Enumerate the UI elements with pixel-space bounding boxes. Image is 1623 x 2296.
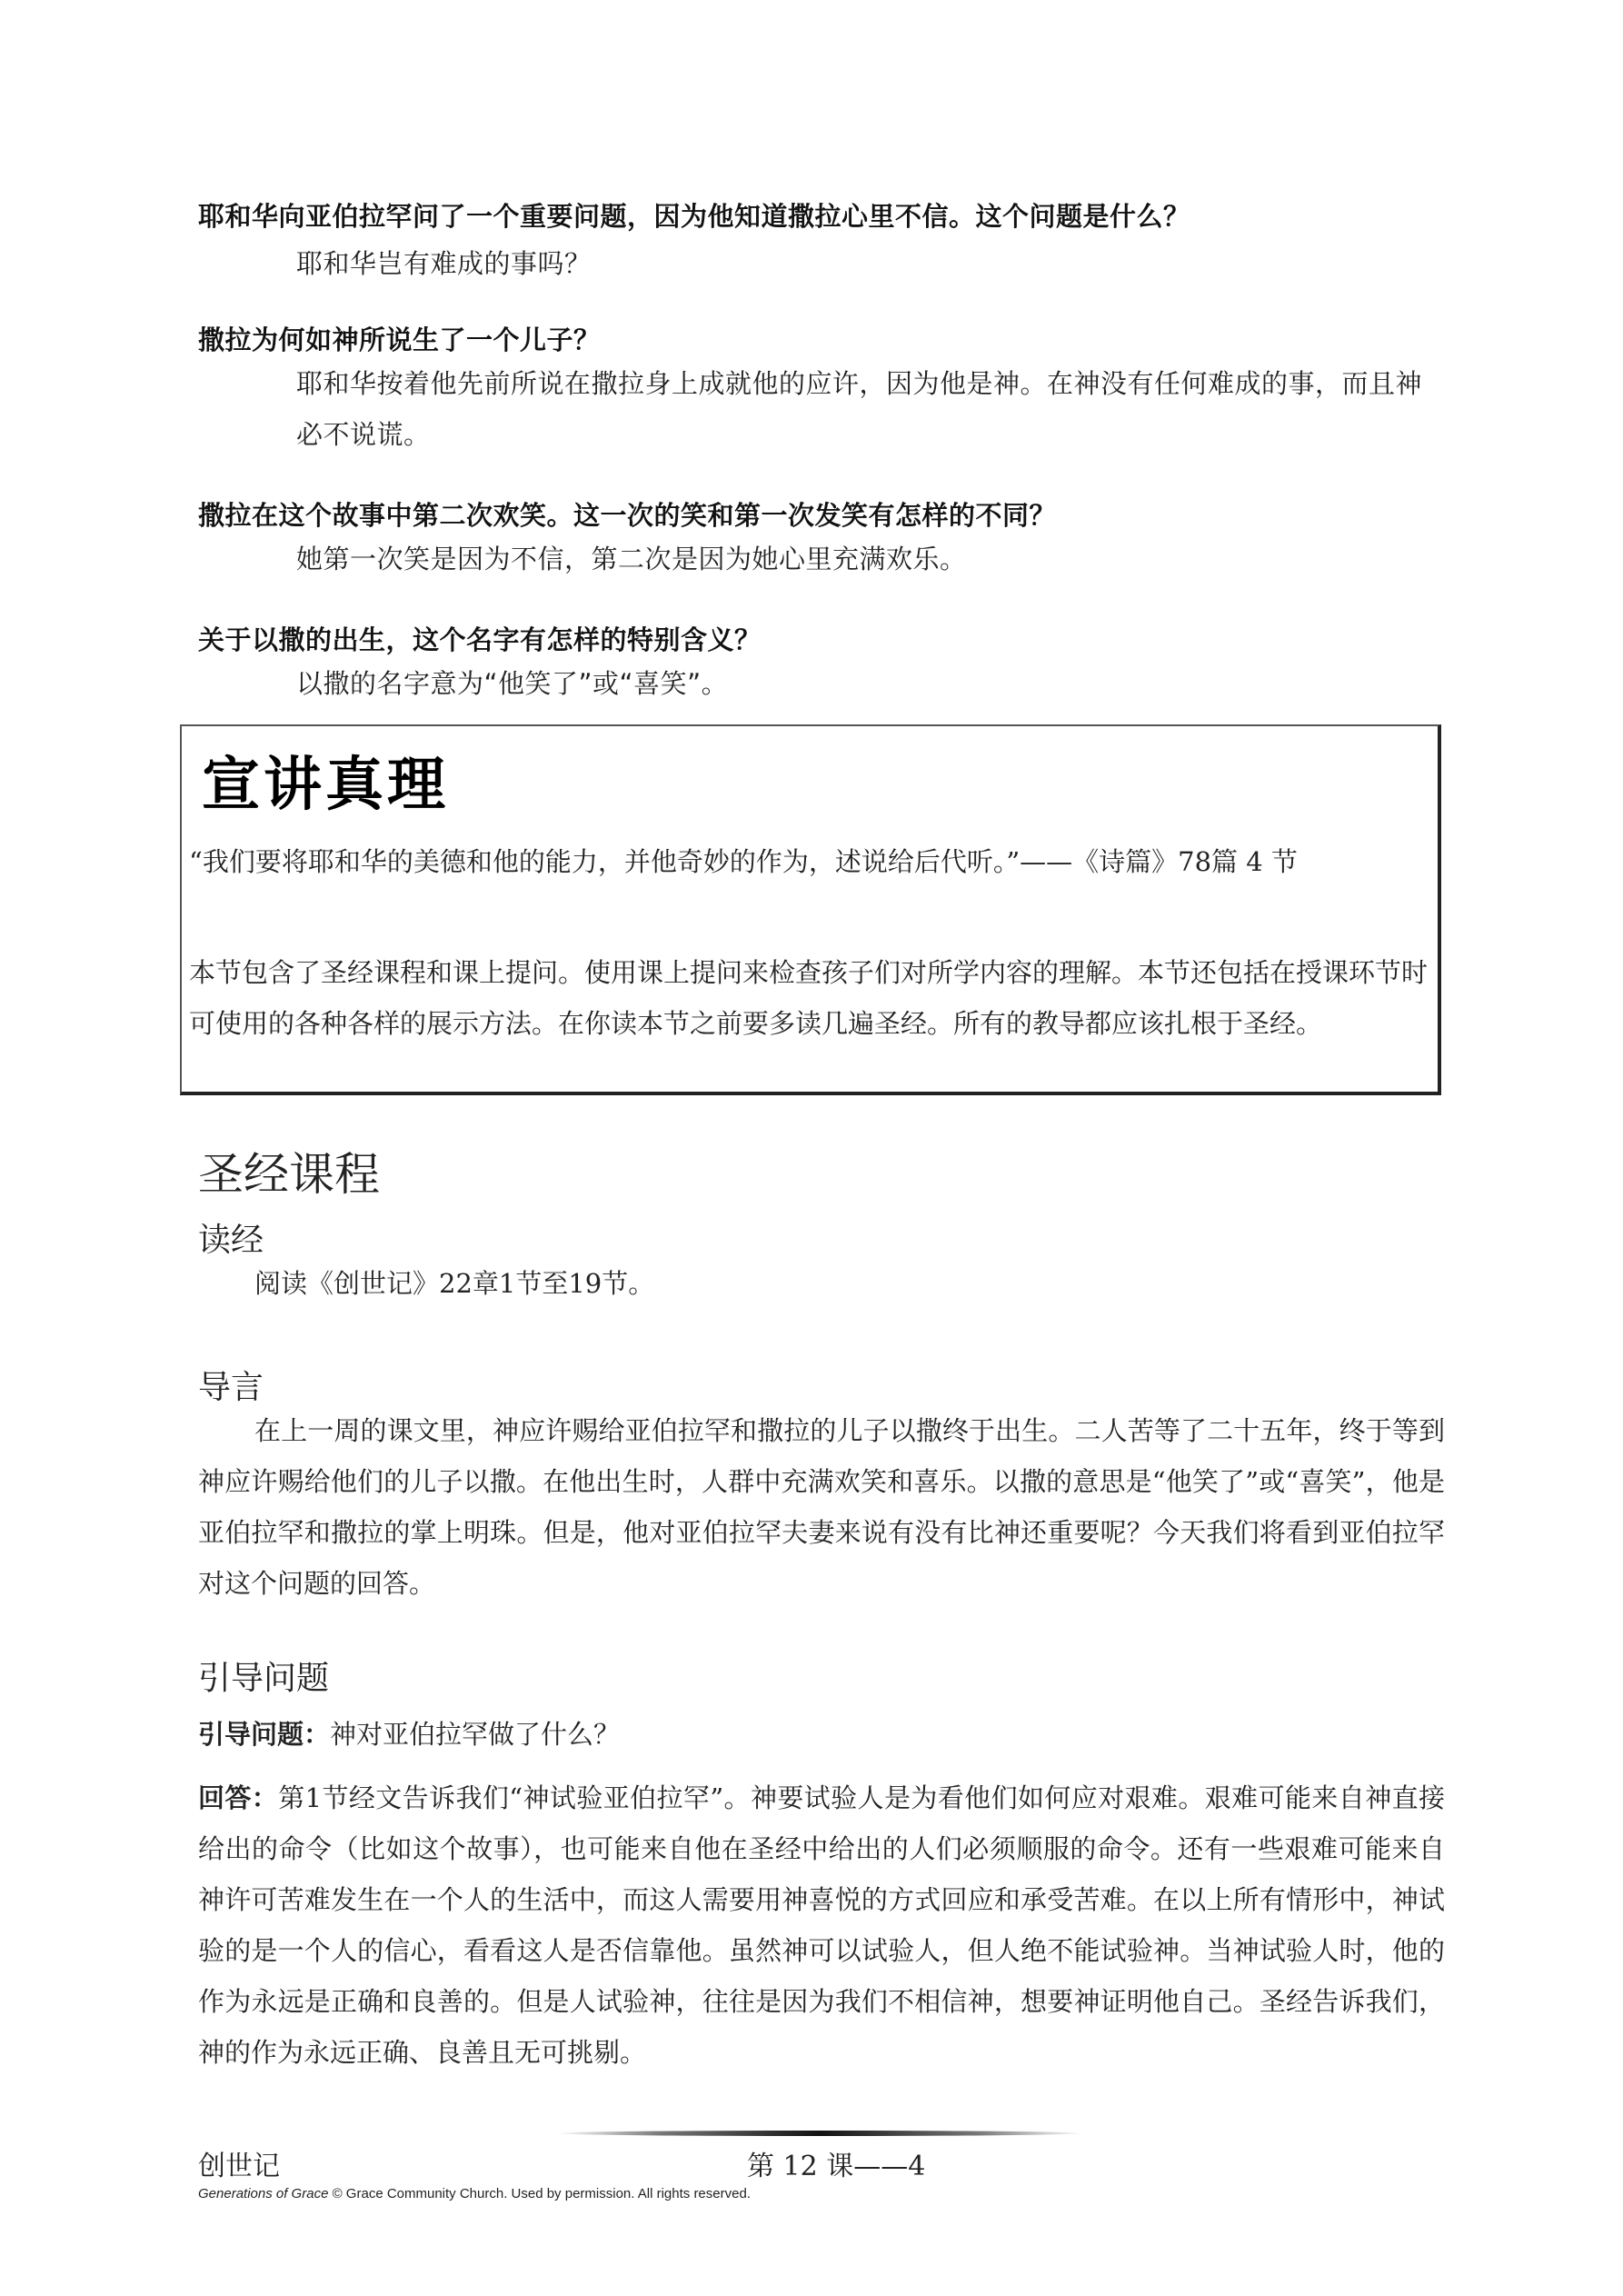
guiding-answer-label: 回答： bbox=[198, 1782, 278, 1813]
guiding-question: 引导问题：神对亚伯拉罕做了什么？ bbox=[198, 1709, 1445, 1760]
answer-1: 耶和华岂有难成的事吗？ bbox=[296, 238, 1446, 289]
answer-3: 她第一次笑是因为不信，第二次是因为她心里充满欢乐。 bbox=[296, 534, 1446, 584]
footer-page-number: 第 12 课——4 bbox=[747, 2143, 925, 2183]
footer-book-title: 创世记 bbox=[198, 2143, 280, 2183]
footer-copyright-text: © Grace Community Church. Used by permis… bbox=[328, 2186, 751, 2201]
answer-4: 以撒的名字意为“他笑了”或“喜笑”。 bbox=[296, 658, 1446, 709]
introduction-text: 在上一周的课文里，神应许赐给亚伯拉罕和撒拉的儿子以撒终于出生。二人苦等了二十五年… bbox=[198, 1405, 1445, 1609]
guiding-question-label: 引导问题： bbox=[198, 1719, 330, 1750]
question-3: 撒拉在这个故事中第二次欢笑。这一次的笑和第一次发笑有怎样的不同？ bbox=[198, 495, 1056, 533]
footer-copyright: Generations of Grace © Grace Community C… bbox=[198, 2186, 751, 2201]
reading-heading: 读经 bbox=[198, 1214, 264, 1261]
answer-2: 耶和华按着他先前所说在撒拉身上成就他的应许，因为他是神。在神没有任何难成的事，而… bbox=[296, 358, 1446, 460]
proclaim-truth-title: 宣讲真理 bbox=[202, 738, 449, 822]
footer-divider bbox=[556, 2131, 1083, 2136]
guiding-question-text: 神对亚伯拉罕做了什么？ bbox=[330, 1719, 620, 1750]
guiding-answer-text: 第1节经文告诉我们“神试验亚伯拉罕”。神要试验人是为看他们如何应对艰难。艰难可能… bbox=[198, 1782, 1445, 2068]
question-1: 耶和华向亚伯拉罕问了一个重要问题，因为他知道撒拉心里不信。这个问题是什么？ bbox=[198, 196, 1190, 234]
footer-copyright-title: Generations of Grace bbox=[198, 2186, 328, 2201]
question-4: 关于以撒的出生，这个名字有怎样的特别含义？ bbox=[198, 620, 762, 657]
guiding-question-heading: 引导问题 bbox=[198, 1652, 329, 1699]
introduction-heading: 导言 bbox=[198, 1362, 264, 1408]
guiding-answer: 回答：第1节经文告诉我们“神试验亚伯拉罕”。神要试验人是为看他们如何应对艰难。艰… bbox=[198, 1772, 1445, 2078]
reading-text: 阅读《创世记》22章1节至19节。 bbox=[198, 1258, 1445, 1309]
question-2: 撒拉为何如神所说生了一个儿子？ bbox=[198, 320, 601, 357]
bible-lesson-heading: 圣经课程 bbox=[198, 1138, 380, 1203]
proclaim-verse: “我们要将耶和华的美德和他的能力，并他奇妙的作为，述说给后代听。”——《诗篇》7… bbox=[189, 836, 1434, 887]
proclaim-description: 本节包含了圣经课程和课上提问。使用课上提问来检查孩子们对所学内容的理解。本节还包… bbox=[189, 947, 1434, 1049]
